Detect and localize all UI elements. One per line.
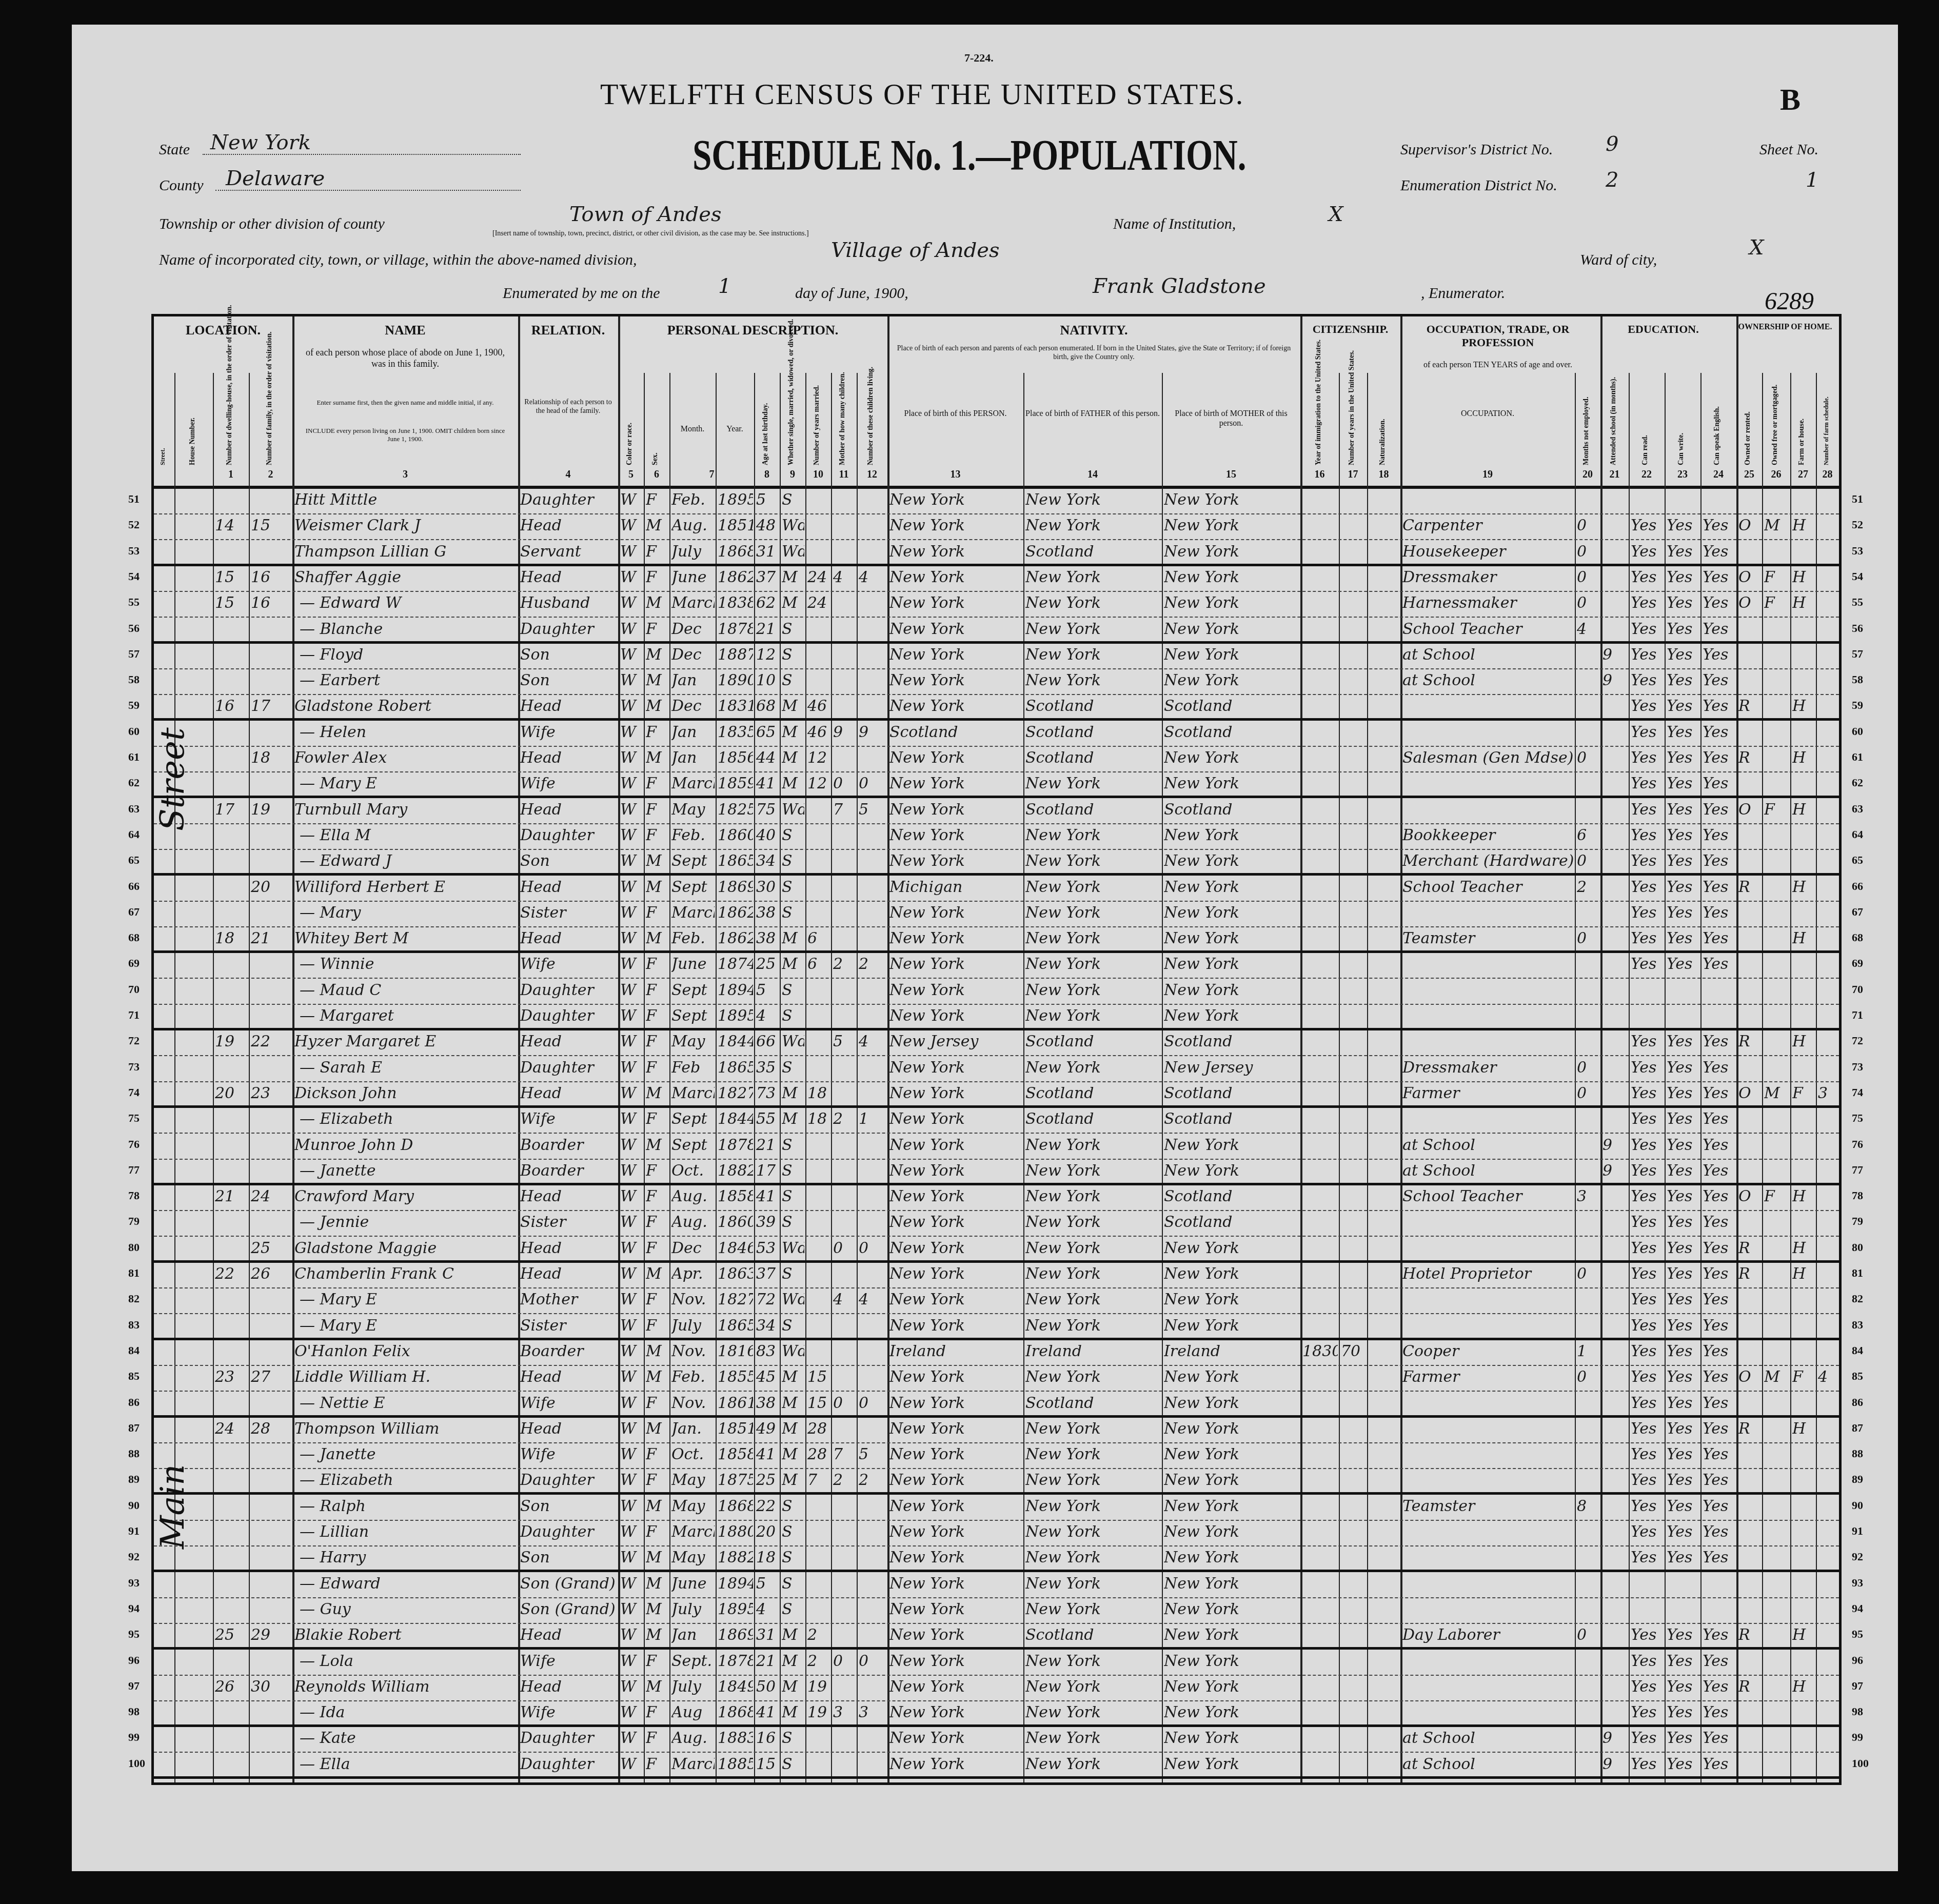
cell-mar: M [782,929,804,952]
cell-mar: S [782,1549,804,1571]
cell-sex: M [646,646,668,668]
cell-month: Jan [671,749,715,771]
cell-month: May [671,1033,715,1055]
cell-occ: Dressmaker [1402,1059,1574,1081]
cell-color: W [620,1342,643,1365]
line-number-right: 68 [1852,931,1863,944]
line-number-left: 100 [128,1757,145,1770]
cell-unemp: 0 [1577,1084,1599,1107]
cell-color: W [620,1291,643,1313]
occupation-description: of each person TEN YEARS of age and over… [1406,360,1590,370]
cell-sch: 9 [1602,1136,1628,1159]
cell-fh: F [1792,1084,1815,1107]
column-number: 24 [1700,469,1736,481]
cell-bm: New York [1164,1703,1299,1726]
cell-read: Yes [1631,955,1664,978]
cell-read: Yes [1631,1187,1664,1210]
cell-mar: M [782,697,804,720]
table-row: — FloydSonWMDec188712SNew YorkNew YorkNe… [154,644,1839,669]
cell-year: 1882 [718,1162,753,1184]
cell-bp: New York [889,1445,1022,1468]
cell-year: 1846 [718,1239,753,1262]
cell-year: 1868 [718,543,753,565]
cell-bf: New York [1025,1549,1161,1571]
table-row: 1516— Edward WHusbandWMMarch183862M24New… [154,592,1839,618]
cell-month: Sept [671,1110,715,1133]
cell-eng: Yes [1703,1497,1735,1520]
cell-rel: Son [520,852,617,875]
cell-year: 1860 [718,1213,753,1236]
cell-age: 5 [756,981,779,1004]
cell-sex: F [646,1652,668,1675]
table-row: — WinnieWifeWFJune187425M622New YorkNew … [154,953,1839,979]
cell-bp: New York [889,1213,1022,1236]
cell-farm: 3 [1818,1084,1838,1107]
cell-mar: Wd [782,1291,804,1313]
county-value: Delaware [226,167,325,190]
cell-read: Yes [1631,517,1664,539]
cell-ym: 12 [807,775,830,797]
table-row: — Maud CDaughterWFSept18945SNew YorkNew … [154,979,1839,1005]
cell-ch: 5 [859,1445,886,1468]
cell-dw: 21 [215,1187,248,1210]
cell-sch: 9 [1602,1755,1628,1778]
cell-color: W [620,775,643,797]
cell-eng: Yes [1703,697,1735,720]
column-header-ym: Number of years married. [813,373,821,465]
line-number-left: 52 [128,518,140,531]
cell-bf: New York [1025,491,1161,513]
cell-read: Yes [1631,904,1664,926]
cell-mar: M [782,1394,804,1417]
cell-age: 44 [756,749,779,771]
cell-sex: F [646,1317,668,1339]
schedule-title: SCHEDULE No. 1.—POPULATION. [692,131,1246,181]
cell-bf: New York [1025,981,1161,1004]
cell-bp: New York [889,1368,1022,1391]
cell-eng: Yes [1703,955,1735,978]
nativity-description: Place of birth of each person and parent… [895,345,1293,362]
line-number-left: 54 [128,570,140,583]
cell-write: Yes [1667,1342,1699,1365]
table-row: — JennieSisterWFAug.186039SNew YorkNew Y… [154,1211,1839,1237]
cell-write: Yes [1667,929,1699,952]
cell-unemp: 2 [1577,878,1599,901]
table-row: 2124Crawford MaryHeadWFAug.185841SNew Yo… [154,1185,1839,1211]
cell-age: 41 [756,1445,779,1468]
cell-occ: Harnessmaker [1402,594,1574,617]
line-number-right: 64 [1852,828,1863,841]
line-number-left: 97 [128,1679,140,1693]
cell-write: Yes [1667,568,1699,591]
table-row: 1617Gladstone RobertHeadWMDec183168M46Ne… [154,695,1839,721]
cell-bm: New York [1164,671,1299,694]
cell-mar: Wd [782,1239,804,1262]
line-number-left: 92 [128,1550,140,1563]
cell-sex: F [646,981,668,1004]
cell-month: July [671,1678,715,1700]
line-number-right: 56 [1852,622,1863,635]
line-number-left: 64 [128,828,140,841]
cell-sex: F [646,1471,668,1494]
cell-color: W [620,801,643,823]
cell-sex: M [646,929,668,952]
cell-bf: New York [1025,955,1161,978]
cell-rel: Head [520,878,617,901]
cell-mar: S [782,1729,804,1752]
cell-fh: H [1792,594,1815,617]
cell-color: W [620,1368,643,1391]
cell-month: Nov. [671,1342,715,1365]
line-number-left: 77 [128,1163,140,1177]
table-row: 1516Shaffer AggieHeadWFJune186237M2444Ne… [154,566,1839,592]
cell-sex: F [646,1445,668,1468]
cell-read: Yes [1631,1678,1664,1700]
cell-bp: New York [889,1549,1022,1571]
column-header-mo: Mother of how many children. [839,373,847,465]
line-number-left: 91 [128,1524,140,1538]
cell-age: 31 [756,1626,779,1649]
cell-year: 1816 [718,1342,753,1365]
line-number-right: 90 [1852,1499,1863,1512]
cell-name: Reynolds William [294,1678,517,1700]
cell-bf: New York [1025,1187,1161,1210]
table-row: Thampson Lillian GServantWFJuly186831WdN… [154,541,1839,566]
cell-bm: New York [1164,1420,1299,1442]
line-number-left: 96 [128,1654,140,1667]
table-row: — JanetteBoarderWFOct.188217SNew YorkNew… [154,1160,1839,1185]
cell-write: Yes [1667,904,1699,926]
cell-sex: M [646,1678,668,1700]
cell-sch: 9 [1602,646,1628,668]
cell-bm: New York [1164,775,1299,797]
cell-bp: New York [889,1575,1022,1597]
column-header-yus: Number of years in the United States. [1348,373,1356,465]
cell-eng: Yes [1703,775,1735,797]
cell-rel: Daughter [520,981,617,1004]
column-header-read: Can read. [1641,373,1650,465]
cell-eng: Yes [1703,517,1735,539]
cell-write: Yes [1667,826,1699,849]
cell-dw: 17 [215,801,248,823]
line-number-right: 55 [1852,596,1863,609]
cell-read: Yes [1631,775,1664,797]
cell-color: W [620,1265,643,1287]
cell-sex: F [646,801,668,823]
cell-bp: New York [889,1291,1022,1313]
cell-fm: M [1764,1084,1789,1107]
line-number-left: 67 [128,905,140,919]
cell-rel: Daughter [520,1523,617,1545]
cell-mo: 7 [833,1445,856,1468]
cell-mar: Wd [782,543,804,565]
cell-rel: Sister [520,1317,617,1339]
cell-rel: Wife [520,1652,617,1675]
cell-occ: Housekeeper [1402,543,1574,565]
line-number-right: 91 [1852,1524,1863,1538]
cell-mar: M [782,1678,804,1700]
institution-label: Name of Institution, [1113,215,1236,233]
table-row: 2327Liddle William H.HeadWMFeb.185545M15… [154,1366,1839,1392]
cell-eng: Yes [1703,568,1735,591]
line-number-left: 78 [128,1189,140,1202]
table-row: 20Williford Herbert EHeadWMSept186930SMi… [154,876,1839,902]
sheet-letter: B [1780,82,1800,117]
table-row: — ElizabethWifeWFSept184455M1821New York… [154,1108,1839,1134]
cell-fh: H [1792,1033,1815,1055]
line-number-right: 69 [1852,957,1863,970]
cell-year: 1890 [718,671,753,694]
table-row: — MargaretDaughterWFSept18954SNew YorkNe… [154,1005,1839,1030]
cell-month: Oct. [671,1162,715,1184]
column-number: 3 [292,469,518,481]
cell-sex: M [646,1549,668,1571]
cell-write: Yes [1667,1033,1699,1055]
cell-age: 73 [756,1084,779,1107]
cell-bm: New York [1164,1600,1299,1623]
cell-fm: F [1764,1187,1789,1210]
cell-unemp: 0 [1577,1059,1599,1081]
cell-year: 1874 [718,955,753,978]
line-number-right: 81 [1852,1266,1863,1280]
cell-eng: Yes [1703,671,1735,694]
cell-rel: Mother [520,1291,617,1313]
cell-color: W [620,1136,643,1159]
cell-sex: M [646,1626,668,1649]
cell-month: Aug. [671,517,715,539]
cell-mar: M [782,723,804,746]
cell-year: 1827 [718,1291,753,1313]
cell-dw: 25 [215,1626,248,1649]
line-number-left: 73 [128,1060,140,1074]
cell-bf: New York [1025,1703,1161,1726]
cell-eng: Yes [1703,801,1735,823]
table-row: — EllaDaughterWFMarch188515SNew YorkNew … [154,1753,1839,1779]
cell-sex: M [646,517,668,539]
supervisor-label: Supervisor's District No. [1400,141,1553,158]
cell-write: Yes [1667,1110,1699,1133]
cell-color: W [620,646,643,668]
cell-eng: Yes [1703,1213,1735,1236]
cell-color: W [620,671,643,694]
cell-bm: New York [1164,826,1299,849]
cell-eng: Yes [1703,1265,1735,1287]
cell-sex: M [646,1136,668,1159]
cell-bf: New York [1025,1575,1161,1597]
cell-fam: 26 [251,1265,291,1287]
line-number-left: 79 [128,1215,140,1228]
cell-ym: 24 [807,568,830,591]
cell-bp: New York [889,568,1022,591]
line-number-right: 95 [1852,1628,1863,1641]
cell-name: — Margaret [294,1007,522,1029]
cell-sex: F [646,904,668,926]
cell-eng: Yes [1703,1729,1735,1752]
line-number-left: 69 [128,957,140,970]
group-name: NAME [292,323,518,338]
cell-bp: New York [889,1007,1022,1029]
cell-read: Yes [1631,1059,1664,1081]
cell-bf: New York [1025,1652,1161,1675]
cell-bp: New York [889,1755,1022,1778]
cell-fam: 23 [251,1084,291,1107]
cell-year: 1869 [718,1626,753,1649]
cell-year: 1894 [718,981,753,1004]
cell-write: Yes [1667,671,1699,694]
cell-color: W [620,1187,643,1210]
cell-bf: New York [1025,620,1161,643]
cell-name: Crawford Mary [294,1187,517,1210]
cell-bf: Ireland [1025,1342,1161,1365]
cell-month: May [671,1549,715,1571]
cell-name: Liddle William H. [294,1368,517,1391]
cell-bp: New York [889,1729,1022,1752]
cell-year: 1863 [718,1265,753,1287]
line-number-right: 89 [1852,1473,1863,1486]
cell-ch: 4 [859,1291,886,1313]
cell-write: Yes [1667,1084,1699,1107]
cell-rel: Son (Grand) [520,1575,617,1597]
cell-age: 75 [756,801,779,823]
cell-name: — Edward J [294,852,522,875]
cell-mar: S [782,1136,804,1159]
cell-occ: Hotel Proprietor [1402,1265,1574,1287]
cell-sex: F [646,1110,668,1133]
township-label: Township or other division of county [159,215,385,233]
cell-bp: New York [889,1317,1022,1339]
cell-color: W [620,1755,643,1778]
cell-fm: F [1764,594,1789,617]
cell-year: 1862 [718,568,753,591]
cell-ym: 28 [807,1420,830,1442]
cell-month: March [671,1755,715,1778]
line-number-left: 75 [128,1112,140,1125]
cell-year: 1868 [718,1497,753,1520]
cell-month: Jan [671,723,715,746]
column-number: 28 [1816,469,1839,481]
cell-name: — Elizabeth [294,1110,522,1133]
cell-write: Yes [1667,1755,1699,1778]
cell-rel: Head [520,697,617,720]
table-row: — EarbertSonWMJan189010SNew YorkNew York… [154,669,1839,695]
cell-read: Yes [1631,1291,1664,1313]
cell-fam: 16 [251,594,291,617]
cell-fh: H [1792,878,1815,901]
table-row: — RalphSonWMMay186822SNew YorkNew YorkNe… [154,1495,1839,1521]
cell-age: 37 [756,1265,779,1287]
cell-color: W [620,1317,643,1339]
name-instruction-1: Enter surname first, then the given name… [303,399,508,407]
cell-unemp: 0 [1577,1368,1599,1391]
cell-rel: Head [520,1084,617,1107]
cell-year: 1883 [718,1729,753,1752]
cell-ym: 15 [807,1394,830,1417]
cell-sch: 9 [1602,1162,1628,1184]
cell-mar: S [782,981,804,1004]
name-description: of each person whose place of abode on J… [303,347,508,369]
cell-write: Yes [1667,1626,1699,1649]
column-number: 8 [754,469,780,481]
cell-age: 37 [756,568,779,591]
cell-sex: F [646,1187,668,1210]
cell-sex: F [646,723,668,746]
cell-bf: New York [1025,1239,1161,1262]
cell-name: — Mary [294,904,522,926]
cell-mar: M [782,1110,804,1133]
cell-read: Yes [1631,1084,1664,1107]
cell-age: 5 [756,491,779,513]
table-row: O'Hanlon FelixBoarderWMNov.181683WdIrela… [154,1340,1839,1366]
cell-rel: Daughter [520,826,617,849]
cell-bp: New York [889,491,1022,513]
cell-name: — Edward W [294,594,522,617]
cell-mar: M [782,775,804,797]
cell-eng: Yes [1703,1755,1735,1778]
cell-eng: Yes [1703,878,1735,901]
cell-write: Yes [1667,1394,1699,1417]
line-number-right: 87 [1852,1421,1863,1435]
cell-bf: New York [1025,1420,1161,1442]
cell-read: Yes [1631,568,1664,591]
cell-own: O [1738,1187,1761,1210]
cell-mar: S [782,1265,804,1287]
cell-bm: New York [1164,1239,1299,1262]
cell-color: W [620,1729,643,1752]
cell-color: W [620,852,643,875]
cell-rel: Wife [520,723,617,746]
cell-read: Yes [1631,749,1664,771]
street-name-2: Main [154,1464,192,1549]
cell-eng: Yes [1703,1187,1735,1210]
column-header-month: Month. [669,424,716,434]
cell-eng: Yes [1703,723,1735,746]
cell-month: Feb [671,1059,715,1081]
cell-mar: S [782,1162,804,1184]
cell-name: — Floyd [294,646,522,668]
cell-own: R [1738,1239,1761,1262]
cell-occ: Salesman (Gen Mdse) [1402,749,1574,771]
cell-own: O [1738,568,1761,591]
cell-bm: New York [1164,904,1299,926]
column-number: 12 [857,469,887,481]
cell-bm: New York [1164,1729,1299,1752]
cell-month: July [671,543,715,565]
cell-age: 40 [756,826,779,849]
cell-color: W [620,594,643,617]
cell-read: Yes [1631,826,1664,849]
column-header-mar: Whether single, married, widowed, or div… [787,373,796,465]
cell-bf: New York [1025,1445,1161,1468]
cell-bp: New York [889,1059,1022,1081]
cell-dw: 26 [215,1678,248,1700]
cell-imm: 1830 [1302,1342,1338,1365]
cell-sex: M [646,1575,668,1597]
cell-bm: New Jersey [1164,1059,1299,1081]
table-row: — Mary EMotherWFNov.182772Wd44New YorkNe… [154,1288,1839,1314]
cell-bp: New York [889,1239,1022,1262]
cell-sex: F [646,1523,668,1545]
cell-dw: 18 [215,929,248,952]
line-number-left: 81 [128,1266,140,1280]
cell-eng: Yes [1703,826,1735,849]
cell-eng: Yes [1703,594,1735,617]
cell-rel: Daughter [520,1471,617,1494]
cell-fam: 29 [251,1626,291,1649]
line-number-right: 65 [1852,854,1863,867]
enumeration-label: Enumeration District No. [1400,177,1557,194]
line-number-right: 74 [1852,1086,1863,1099]
cell-dw: 24 [215,1420,248,1442]
